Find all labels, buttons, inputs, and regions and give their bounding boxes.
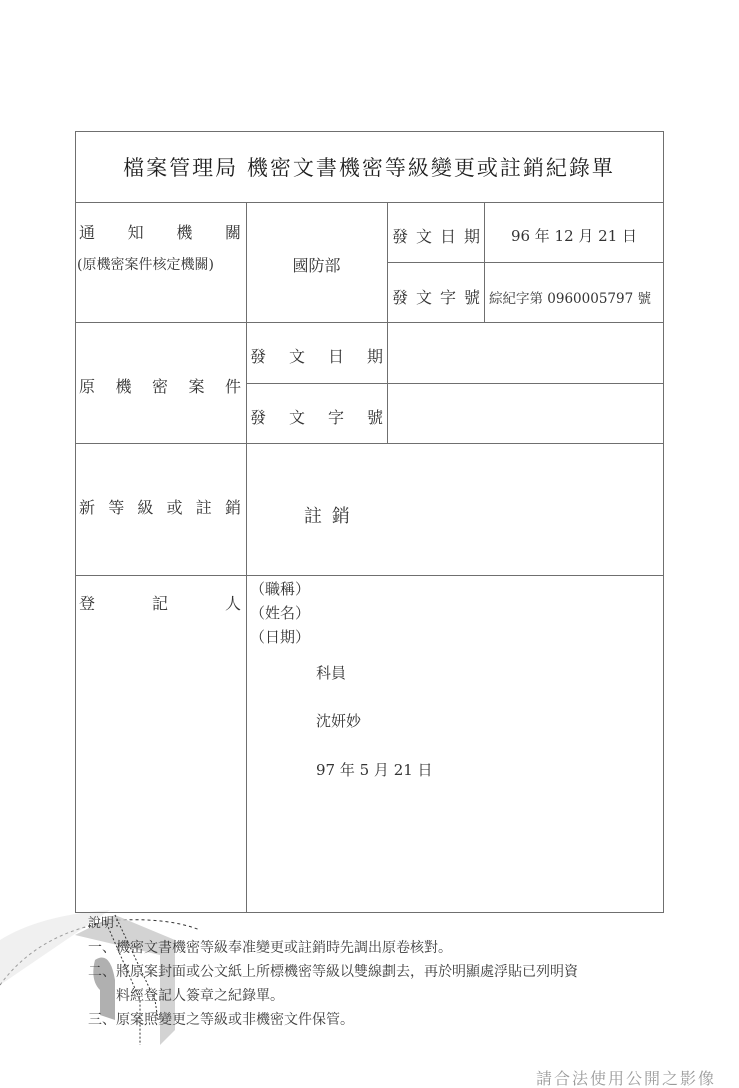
issue-number-value: 綜紀字第 0960005797 號: [489, 287, 651, 307]
registrar-title-field-label: （職稱）: [250, 578, 310, 599]
row-divider: [75, 575, 664, 576]
note-item: 三、原案照變更之等級或非機密文件保管。: [88, 1008, 578, 1032]
row-divider: [75, 202, 664, 203]
registrar-date-value: 97 年 5 月 21 日: [316, 759, 433, 780]
note-item: 一、機密文書機密等級奉准變更或註銷時先調出原卷核對。: [88, 936, 578, 960]
col-divider: [484, 202, 485, 322]
row-divider: [246, 383, 664, 384]
registrar-title-value: 科員: [316, 662, 346, 683]
form-title: 檔案管理局 機密文書機密等級變更或註銷紀錄單: [76, 132, 662, 202]
new-level-label: 新 等 級 或 註 銷: [79, 495, 241, 518]
legal-use-stamp: 請合法使用公開之影像: [536, 1066, 716, 1088]
new-level-value: 註 銷: [304, 502, 352, 528]
registrar-date-field-label: （日期）: [250, 626, 310, 647]
notes-section: 說明： 一、機密文書機密等級奉准變更或註銷時先調出原卷核對。 二、將原案封面或公…: [88, 912, 578, 1032]
col-divider: [387, 202, 388, 443]
row-divider: [387, 262, 664, 263]
row-divider: [75, 443, 664, 444]
note-item: 二、將原案封面或公文紙上所標機密等級以雙線劃去，再於明顯處浮貼已列明資: [88, 960, 578, 984]
registrar-name-value: 沈妍妙: [316, 710, 361, 731]
registrar-name-field-label: （姓名）: [250, 602, 310, 623]
notifying-agency-label: 通 知 機 關: [79, 220, 241, 243]
issue-date-label: 發 文 日 期: [392, 224, 480, 247]
original-issue-number-label: 發 文 字 號: [250, 405, 383, 428]
note-item: 料經登記人簽章之紀錄單。: [88, 984, 578, 1008]
original-issue-date-label: 發 文 日 期: [250, 344, 383, 367]
record-form-table: [75, 131, 664, 913]
notifying-agency-sublabel: (原機密案件核定機關): [77, 254, 214, 274]
issue-date-value: 96 年 12 月 21 日: [485, 225, 663, 246]
original-case-label: 原 機 密 案 件: [79, 374, 241, 397]
notifying-agency-value: 國防部: [246, 253, 387, 276]
col-divider: [246, 202, 247, 913]
registrar-label: 登 記 人: [79, 591, 241, 614]
issue-number-label: 發 文 字 號: [392, 285, 480, 308]
row-divider: [75, 322, 664, 323]
notes-heading: 說明：: [88, 912, 578, 936]
